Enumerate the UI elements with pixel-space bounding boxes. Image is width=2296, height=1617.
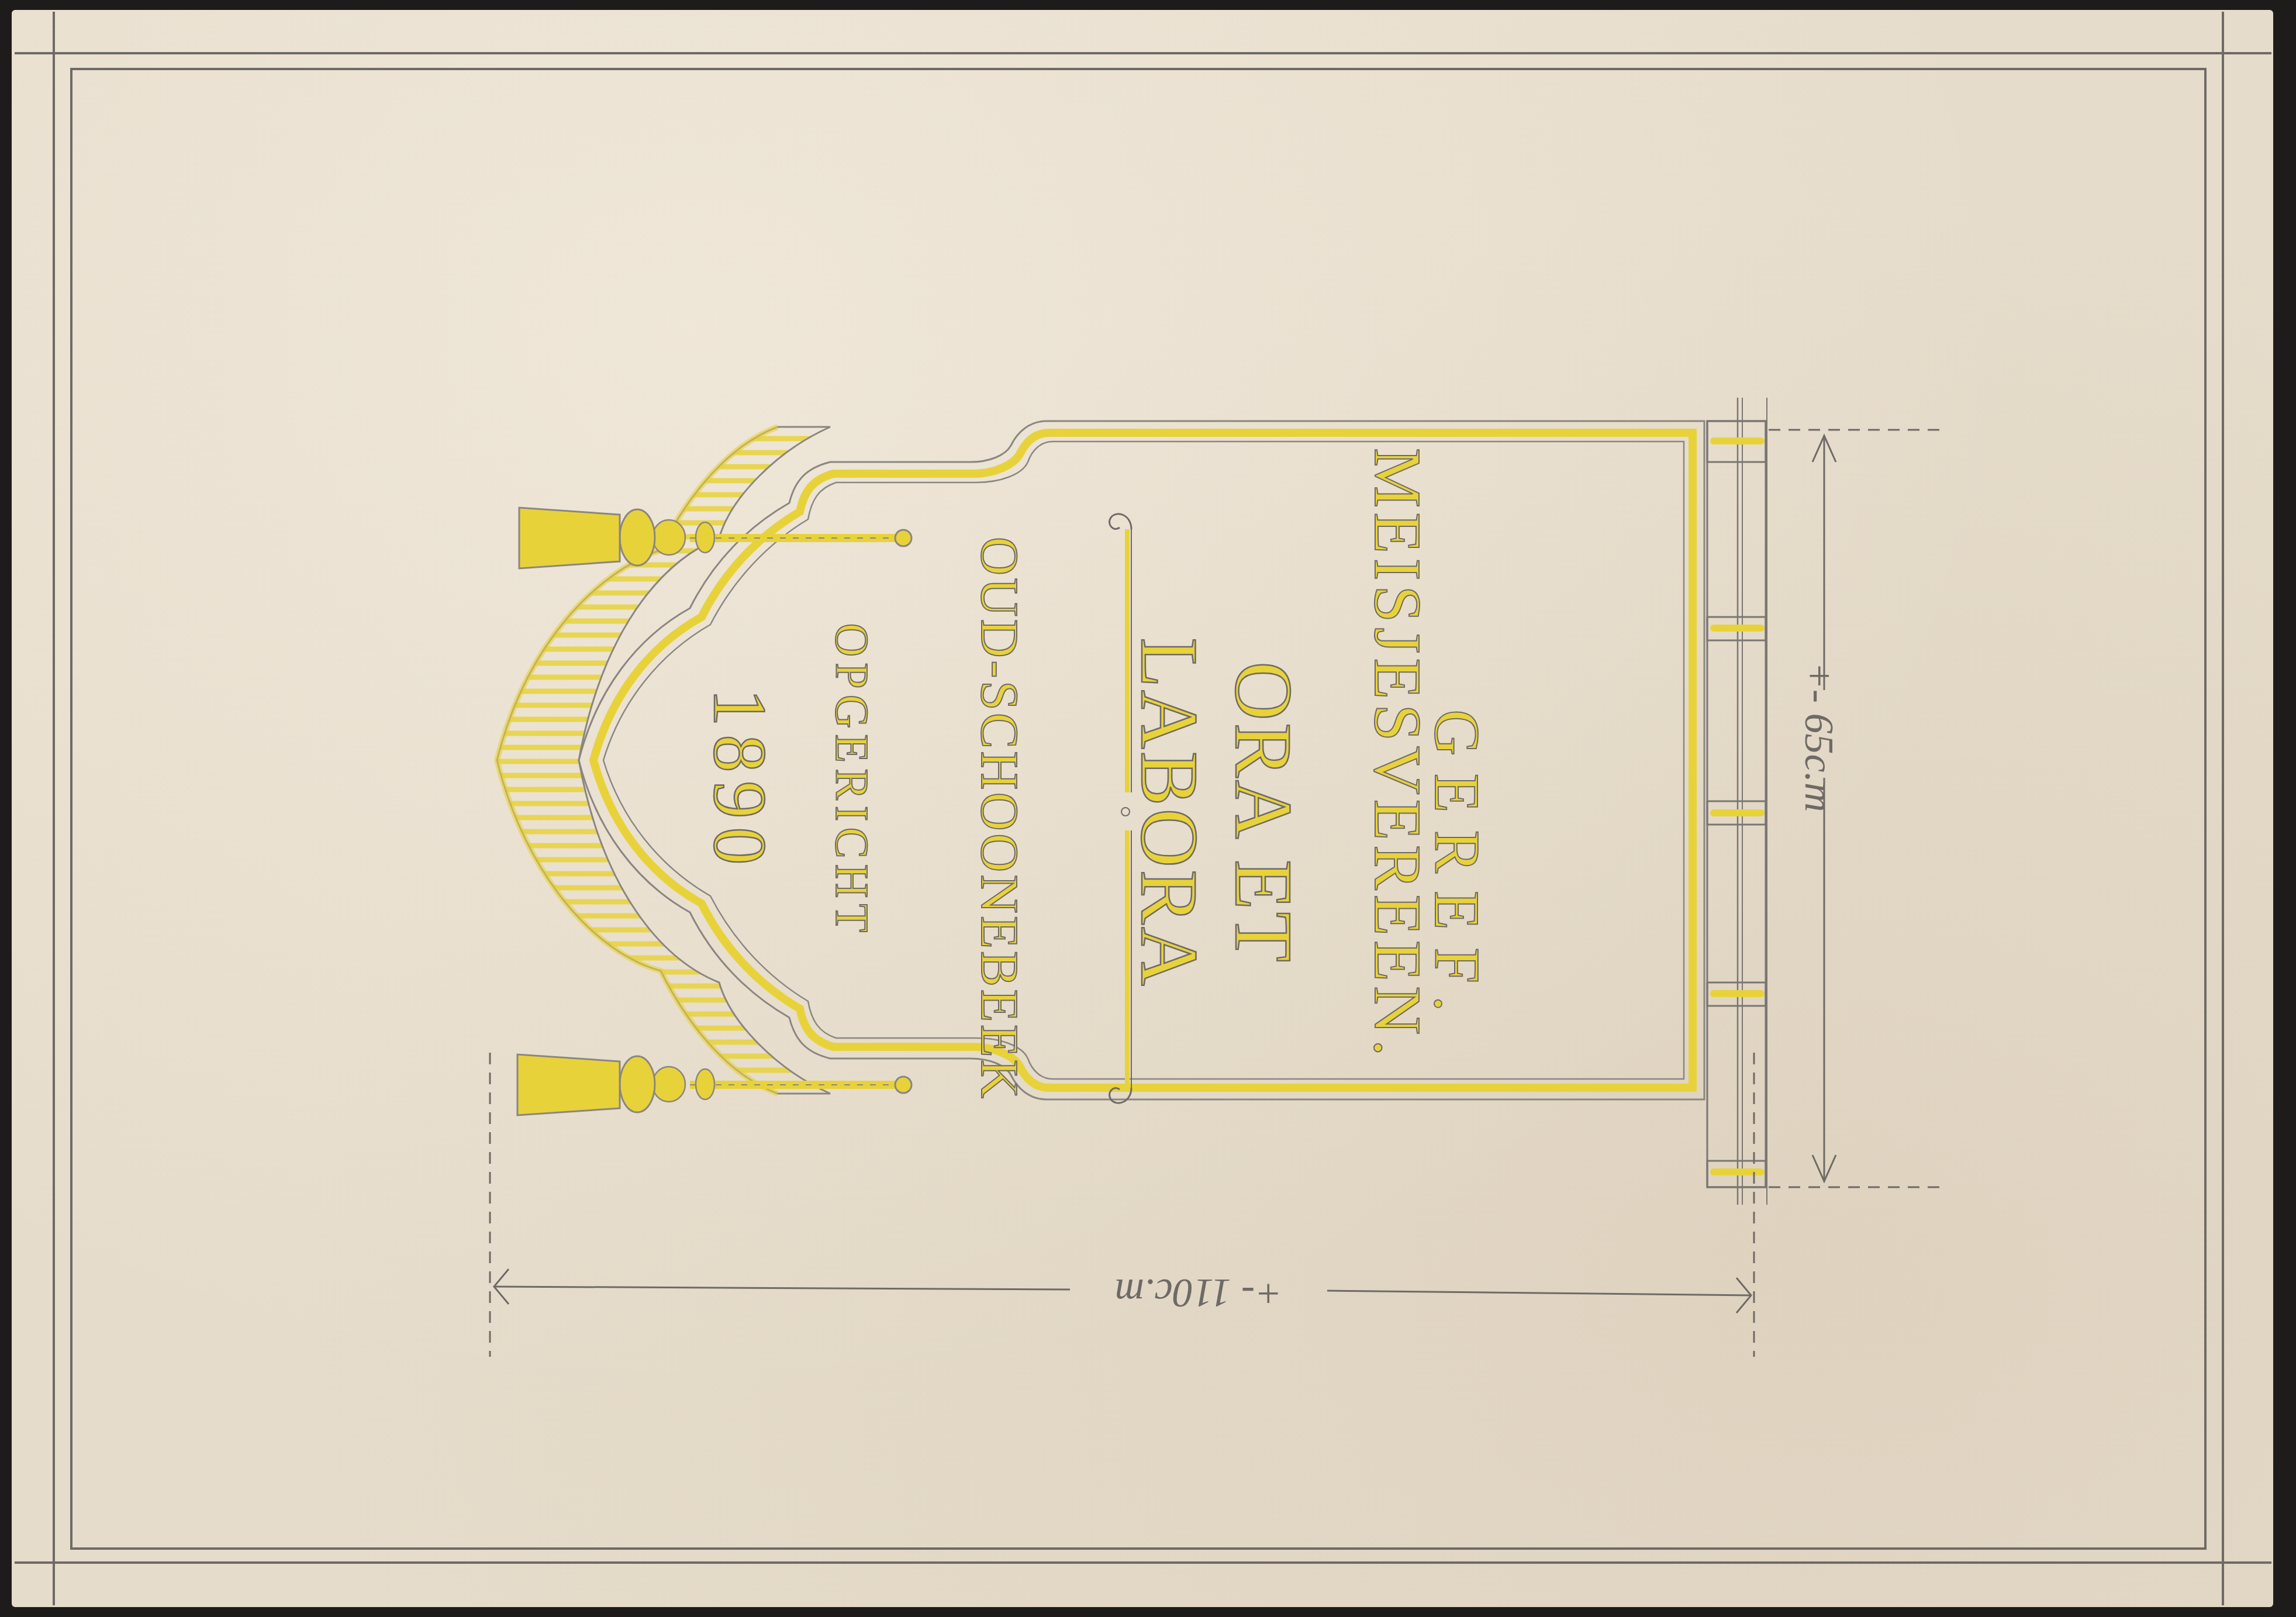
- dimension-height-label: +- 65c.m: [1795, 649, 1842, 825]
- pole-band-5: [1707, 1161, 1766, 1187]
- dimension-width-label: +- 110c.m: [1076, 1269, 1321, 1316]
- tassel-bottom: [517, 1054, 912, 1115]
- founded-year: 1890: [696, 635, 783, 927]
- pole-band-4: [1707, 982, 1766, 1006]
- title-line-2: MEISJESVEREEN.: [1359, 433, 1436, 1076]
- banner-pole: [1707, 398, 1767, 1205]
- pole-band-3: [1707, 801, 1766, 825]
- place-name: OUD-SCHOONEBEEK: [969, 497, 1031, 1140]
- pole-band-1: [1707, 421, 1766, 462]
- motto: ORA ET LABORA: [1122, 491, 1310, 1135]
- pole-band-2: [1707, 617, 1766, 640]
- founded-label: OPGERICHT: [824, 576, 878, 985]
